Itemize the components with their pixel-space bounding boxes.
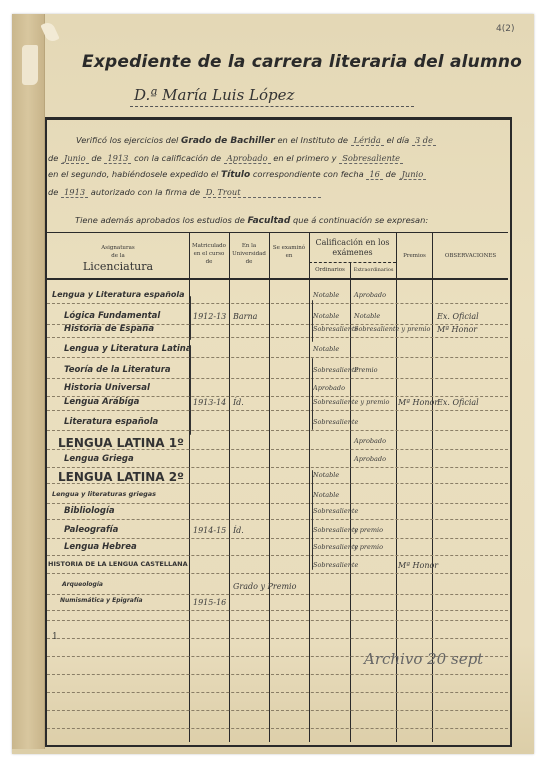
cell-ext: Aprobado	[354, 291, 386, 299]
cell-subject: Lengua Griega	[64, 454, 134, 464]
cell-ord: Sobresaliente	[313, 418, 358, 426]
text: en el Instituto de	[277, 135, 347, 145]
row-rule	[47, 710, 508, 711]
row-rule	[47, 674, 508, 675]
cell-ord: Aprobado	[313, 384, 345, 392]
text: autorizado con la firma de	[91, 187, 200, 197]
text: de	[48, 153, 58, 163]
curso-brace	[190, 345, 191, 435]
header-calificacion: Calificación en los exámenes	[310, 238, 395, 258]
paper-tear	[22, 45, 38, 85]
text: en el segundo, habiéndosele expedido el	[48, 169, 218, 179]
firma-value: D. Trout	[203, 187, 321, 198]
cell-subject: Lengua y Literatura Latina	[64, 344, 192, 354]
cell-ext: Notable	[354, 312, 380, 320]
cell-ord: Sobresaliente	[313, 507, 358, 515]
facultad-line: Tiene además aprobados los estudios de F…	[75, 215, 428, 226]
calificacion1-value: Aprobado	[224, 153, 271, 164]
margin-mark: 1	[52, 632, 58, 642]
row-rule	[47, 357, 508, 358]
row-rule	[47, 638, 508, 639]
header-text: de la	[50, 252, 186, 260]
cell-subject: Arqueología	[62, 581, 103, 588]
col-divider	[229, 232, 230, 742]
cell-ord: Notable	[313, 345, 339, 353]
cell-curso: 1912-13	[193, 312, 226, 321]
cell-curso: 1913-14	[193, 398, 226, 407]
row-rule	[47, 430, 508, 431]
cell-ord: Notable	[313, 312, 339, 320]
cell-subject: HISTORIA DE LA LENGUA CASTELLANA	[48, 560, 188, 568]
cell-obs: Ex. Oficial	[437, 312, 479, 321]
cell-premio: Mª Honor	[398, 561, 438, 570]
fecha-mes-value: Junio	[399, 169, 427, 180]
col-divider	[269, 232, 270, 742]
student-prefix: D.ª	[134, 86, 157, 104]
cell-ext: y premio	[354, 526, 383, 534]
bachiller-paragraph: Verificó los ejercicios del Grado de Bac…	[48, 132, 503, 200]
curso-brace	[190, 296, 191, 340]
anio-value: 1913	[104, 153, 131, 164]
grado-label: Grado de Bachiller	[181, 136, 275, 146]
cell-ord: Notable	[313, 291, 339, 299]
header-extraordinarios: Extraordinarios	[351, 266, 396, 274]
header-licenciatura: Licenciatura	[50, 260, 186, 273]
calificacion-subrule	[309, 262, 396, 263]
row-rule	[47, 620, 508, 621]
text: de	[386, 169, 396, 179]
header-ordinarios: Ordinarios	[310, 266, 350, 274]
cell-subject: Lengua y literaturas griegas	[52, 490, 156, 498]
cell-subject: Lengua y Literatura española	[52, 290, 185, 299]
row-rule	[47, 303, 508, 304]
header-observaciones: OBSERVACIONES	[433, 252, 508, 260]
header-bottom-rule	[47, 278, 508, 280]
row-rule	[47, 378, 508, 379]
text: Verificó los ejercicios del	[76, 135, 178, 145]
row-rule	[47, 519, 508, 520]
cell-ext: Sobresaliente y premio	[354, 325, 430, 333]
header-examino: Se examinó en	[270, 244, 308, 260]
text: en el primero y	[273, 153, 336, 163]
cell-subject: Teoría de la Literatura	[64, 365, 171, 375]
cell-subject: Paleografía	[64, 525, 118, 535]
cell-obs: Mª Honor	[437, 325, 477, 334]
cell-ord: Notable	[313, 471, 339, 479]
header-text: Asignaturas	[50, 244, 186, 252]
cell-ext: Aprobado	[354, 455, 386, 463]
student-name: María Luis López	[162, 86, 294, 104]
student-name-field: D.ª María Luis López	[130, 86, 414, 107]
row-rule	[47, 728, 508, 729]
cell-subject: LENGUA LATINA 2º	[58, 470, 184, 484]
cell-subject: Lógica Fundamental	[64, 311, 160, 321]
row-rule	[47, 610, 508, 611]
calificacion2-value: Sobresaliente	[339, 153, 403, 164]
cell-subject: LENGUA LATINA 1º	[58, 436, 184, 450]
dia-value: 3 de	[412, 135, 436, 146]
text: que á continuación se expresan:	[293, 215, 428, 225]
cell-ord: Notable	[313, 491, 339, 499]
table-top-rule	[47, 232, 508, 233]
text: el día	[387, 135, 410, 145]
fecha-anio-value: 1913	[61, 187, 88, 198]
cell-ext: Aprobado	[354, 437, 386, 445]
grade-brace	[312, 300, 313, 342]
cell-curso: 1915-16	[193, 598, 226, 607]
cell-subject: Numismática y Epigrafía	[60, 597, 143, 604]
row-rule	[47, 594, 508, 595]
cell-ord: Sobresaliente	[313, 366, 358, 374]
col-divider	[309, 232, 310, 742]
text: Tiene además aprobados los estudios de	[75, 215, 245, 225]
mes-value: Junio	[61, 153, 89, 164]
cell-ord: Sobresaliente	[313, 543, 358, 551]
text: correspondiente con fecha	[253, 169, 364, 179]
cell-ord: Sobresaliente y premio	[313, 398, 389, 406]
cell-ext: y premio	[354, 543, 383, 551]
col-divider	[350, 262, 351, 742]
cell-subject: Lengua Arábiga	[64, 397, 139, 407]
facultad-label: Facultad	[247, 216, 290, 226]
row-rule	[47, 692, 508, 693]
cell-univ: Íd.	[233, 398, 244, 407]
text: de	[48, 187, 58, 197]
cell-subject: Historia de España	[64, 324, 154, 334]
cell-ext: Premio	[354, 366, 377, 374]
cell-ord: Sobresaliente	[313, 526, 358, 534]
archive-note: Archivo 20 sept	[364, 650, 483, 668]
row-rule	[47, 555, 508, 556]
text: de	[91, 153, 101, 163]
binding-spine	[12, 14, 45, 749]
header-matriculado: Matriculado en el curso de	[190, 242, 228, 266]
cell-univ: Barna	[233, 312, 257, 321]
row-rule	[47, 538, 508, 539]
grade-brace	[312, 470, 313, 570]
header-universidad: En la Universidad de	[230, 242, 268, 266]
row-rule	[47, 410, 508, 411]
cell-subject: Literatura española	[64, 417, 158, 427]
row-rule	[47, 337, 508, 338]
cell-obs: Ex. Oficial	[437, 398, 479, 407]
grade-brace	[312, 358, 313, 430]
header-asignaturas: Asignaturas de la Licenciatura	[50, 244, 186, 273]
cell-ord: Sobresaliente	[313, 561, 358, 569]
cell-curso: 1914-15	[193, 526, 226, 535]
titulo-label: Título	[221, 170, 250, 180]
row-rule	[47, 573, 508, 574]
document-title: Expediente de la carrera literaria del a…	[82, 52, 522, 72]
cell-subject: Lengua Hebrea	[64, 542, 137, 552]
instituto-value: Lérida	[351, 135, 384, 146]
cell-ord: Sobresaliente	[313, 325, 358, 333]
cell-subject: Bibliología	[64, 506, 115, 516]
cell-subject: Historia Universal	[64, 383, 150, 393]
cell-univ: Grado y Premio	[233, 582, 296, 591]
fecha-dia-value: 16	[366, 169, 383, 180]
row-rule	[47, 503, 508, 504]
header-premios: Premios	[397, 252, 432, 260]
cell-premio: Mª Honor	[398, 398, 438, 407]
row-rule	[47, 467, 508, 468]
page-number: 4(2)	[496, 24, 514, 34]
text: con la calificación de	[134, 153, 221, 163]
cell-univ: Íd.	[233, 526, 244, 535]
